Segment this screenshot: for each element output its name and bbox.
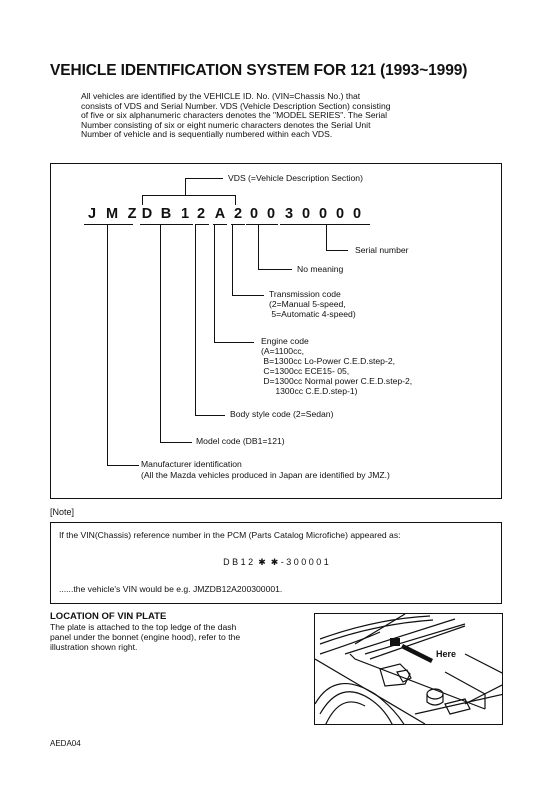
vin-char: 0	[246, 206, 262, 222]
manufacturer-detail: (All the Mazda vehicles produced in Japa…	[141, 471, 390, 481]
underline-body	[195, 224, 209, 225]
vds-bracket	[185, 178, 223, 179]
vds-label: VDS (=Vehicle Description Section)	[228, 174, 363, 184]
page-code: AEDA04	[50, 739, 81, 748]
leader-line	[107, 465, 139, 466]
underline-serial	[280, 224, 370, 225]
vin-plate-illustration: Here	[314, 613, 503, 725]
underline-nomeaning	[246, 224, 278, 225]
leader-line	[214, 342, 254, 343]
vin-char: 2	[193, 206, 209, 222]
vin-char: 2	[230, 206, 246, 222]
vin-char: 0	[349, 206, 365, 222]
leader-line	[195, 225, 196, 415]
vds-bracket	[142, 195, 143, 205]
vin-char: A	[212, 206, 228, 222]
here-label: Here	[436, 650, 456, 660]
note-line-2: ......the vehicle's VIN would be e.g. JM…	[59, 585, 282, 595]
leader-line	[232, 225, 233, 295]
intro-line: Number of vehicle and is sequentially nu…	[81, 130, 461, 140]
underline-model	[140, 224, 193, 225]
vds-bracket	[185, 178, 186, 195]
engine-detail: 1300cc C.E.D.step-1)	[261, 387, 357, 397]
engine-bay-drawing	[315, 614, 503, 725]
no-meaning-label: No meaning	[297, 265, 343, 275]
note-line-1: If the VIN(Chassis) reference number in …	[59, 531, 401, 541]
vin-plate-marker	[390, 638, 400, 646]
vin-char: 1	[177, 206, 193, 222]
note-label: [Note]	[50, 507, 74, 517]
location-title: LOCATION OF VIN PLATE	[50, 611, 166, 622]
leader-line	[107, 225, 108, 465]
leader-line	[326, 250, 348, 251]
transmission-detail: 5=Automatic 4-speed)	[269, 310, 356, 320]
vds-bracket	[235, 195, 236, 205]
vin-char: 0	[332, 206, 348, 222]
serial-number-label: Serial number	[355, 246, 409, 256]
vin-char: Z	[124, 206, 140, 222]
arrow-icon	[401, 644, 433, 663]
leader-line	[160, 225, 161, 442]
vin-char: J	[84, 206, 100, 222]
vin-char: B	[158, 206, 174, 222]
vin-char: D	[139, 206, 155, 222]
leader-line	[258, 269, 292, 270]
location-line: illustration shown right.	[50, 643, 240, 653]
location-text: The plate is attached to the top ledge o…	[50, 623, 240, 652]
vin-char: 0	[298, 206, 314, 222]
vin-char: 0	[263, 206, 279, 222]
vin-char: 0	[315, 206, 331, 222]
vds-bracket	[142, 195, 236, 196]
intro-paragraph: All vehicles are identified by the VEHIC…	[81, 92, 461, 140]
vin-char: M	[104, 206, 120, 222]
note-box: If the VIN(Chassis) reference number in …	[50, 522, 502, 604]
body-style-label: Body style code (2=Sedan)	[230, 410, 333, 420]
underline-wmi	[84, 224, 133, 225]
leader-line	[258, 225, 259, 269]
leader-line	[326, 225, 327, 250]
vin-char: 3	[281, 206, 297, 222]
leader-line	[195, 415, 225, 416]
model-code-label: Model code (DB1=121)	[196, 437, 285, 447]
page-title: VEHICLE IDENTIFICATION SYSTEM FOR 121 (1…	[50, 62, 467, 80]
leader-line	[232, 295, 264, 296]
leader-line	[214, 225, 215, 342]
manufacturer-label: Manufacturer identification	[141, 460, 242, 470]
leader-line	[160, 442, 192, 443]
note-code: D B 1 2 ✱ ✱ - 3 0 0 0 0 1	[51, 558, 501, 568]
